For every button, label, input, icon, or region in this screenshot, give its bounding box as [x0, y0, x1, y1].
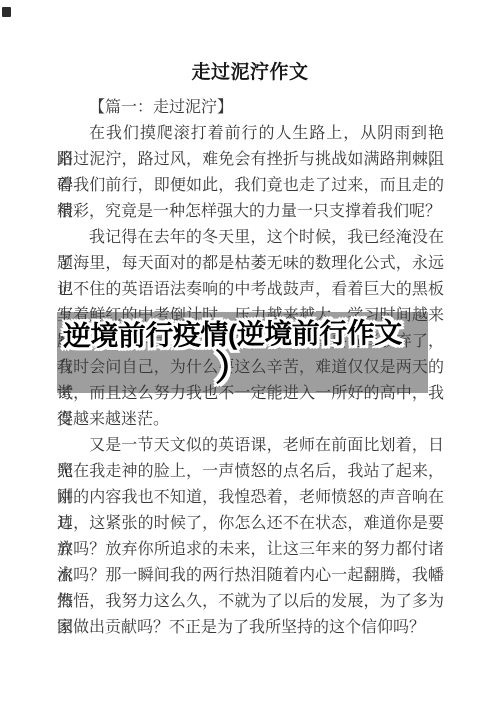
- text-line: 着我们前行，即便如此，我们竟也走了过来，而且走的很: [57, 173, 444, 199]
- text-line: 悔悟，我努力这么久，不就为了以后的发展，为了多为国: [57, 589, 444, 615]
- text-line: 家做出贡献吗？不正是为了我所坚持的这个信仰吗？: [57, 615, 444, 641]
- article-body: 【篇一：走过泥泞】在我们摸爬滚打着前行的人生路上，从阴雨到艳阳，路过泥泞，路过风…: [57, 95, 444, 641]
- text-line: 题海里，每天面对的都是枯萎无味的数理化公式，永远也: [57, 251, 444, 277]
- text-line: 讲的内容我也不知道，我惶恐着，老师愤怒的声音响在耳: [57, 485, 444, 511]
- page-title: 走过泥泞作文: [0, 62, 500, 84]
- text-line: 又是一节天文似的英语课，老师在前面比划着，日光: [57, 433, 444, 459]
- text-line: 得越来越迷茫。: [57, 407, 444, 433]
- text-line: 我记得在去年的冬天里，这个时候，我已经淹没在了: [57, 225, 444, 251]
- corner-artifact: [2, 7, 11, 17]
- text-line: 紧迫，在这样大的高压面前，我几乎都要选择放弃了，我: [57, 329, 444, 355]
- text-line: 路过泥泞，路过风，难免会有挫折与挑战如满路荆棘阻碍: [57, 147, 444, 173]
- section-header: 【篇一：走过泥泞】: [57, 95, 444, 121]
- text-line: 有时会问自己，为什么要这么辛苦，难道仅仅是两天的考: [57, 355, 444, 381]
- text-line: 水吗？那一瞬间我的两行热泪随着内心一起翻腾，我幡然: [57, 563, 444, 589]
- text-line: 写着鲜红的中考倒计时，压力越来越大，学习时间越来越: [57, 303, 444, 329]
- text-line: 照在我走神的脸上，一声愤怒的点名后，我站了起来，刚: [57, 459, 444, 485]
- text-line: 在我们摸爬滚打着前行的人生路上，从阴雨到艳阳，: [57, 121, 444, 147]
- text-line: 弃吗？放弃你所追求的未来，让这三年来的努力都付诸流: [57, 537, 444, 563]
- text-line: 精彩，究竟是一种怎样强大的力量一只支撑着我们呢？: [57, 199, 444, 225]
- document-page: 走过泥泞作文 【篇一：走过泥泞】在我们摸爬滚打着前行的人生路上，从阴雨到艳阳，路…: [0, 0, 500, 706]
- text-line: 试，而且这么努力我也不一定能进入一所好的高中，我变: [57, 381, 444, 407]
- text-line: 记不住的英语语法奏响的中考战鼓声，看着巨大的黑板上: [57, 277, 444, 303]
- text-line: 边，这紧张的时候了，你怎么还不在状态，难道你是要放: [57, 511, 444, 537]
